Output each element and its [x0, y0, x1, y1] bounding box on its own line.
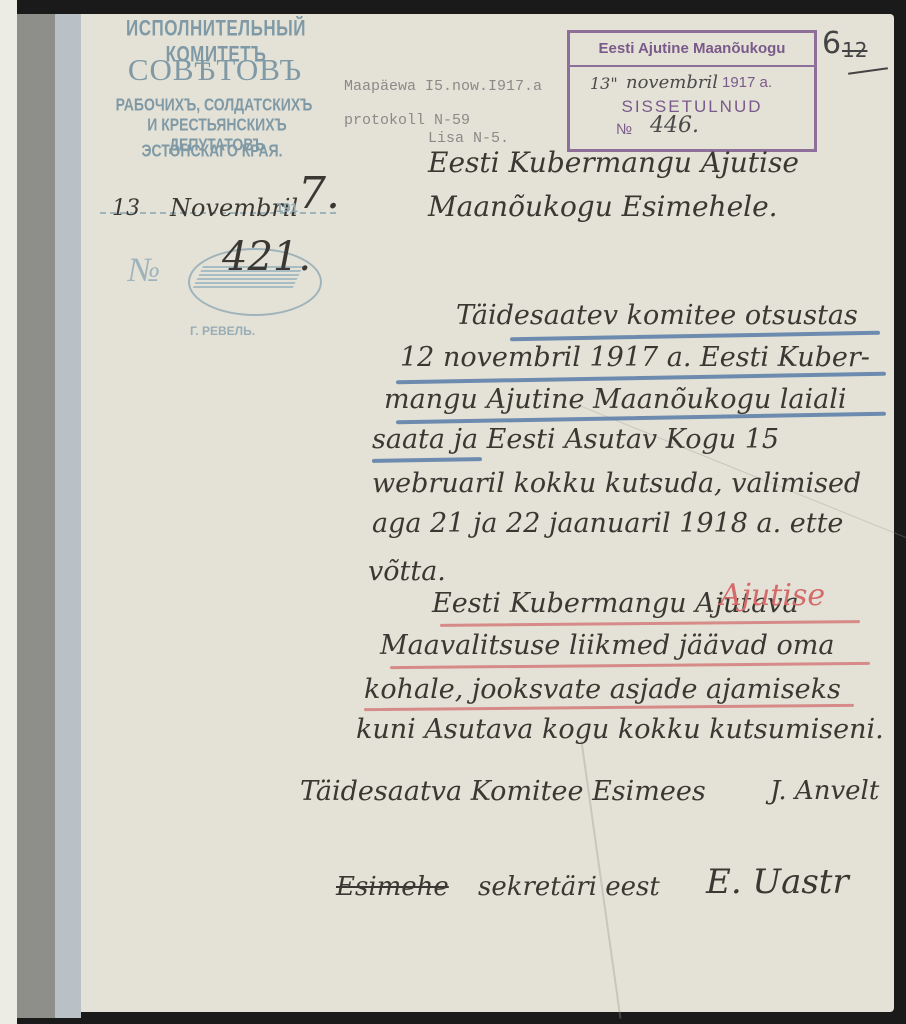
typewritten-appendix: Lisa N-5. — [428, 130, 509, 147]
signature2-name: E. Uastr — [706, 862, 849, 902]
stamp-number-label: № — [616, 121, 632, 138]
letterhead-title: СОВѢТОВЪ — [100, 52, 330, 88]
red-correction: Ajutise — [720, 578, 825, 613]
stamp-title: Eesti Ajutine Maanõukogu — [570, 33, 814, 67]
letterhead-city: Г. РЕВЕЛЬ. — [190, 324, 255, 338]
typewritten-protocol: protokoll N-59 — [344, 112, 470, 129]
signature2-title: sekretäri eest — [478, 872, 660, 902]
scan-left-margin — [0, 0, 17, 1024]
signature1-name: J. Anvelt — [770, 776, 879, 806]
paragraph1-line3: mangu Ajutine Maanõukogu laiali — [384, 384, 847, 415]
letterhead-date-year: 191 — [276, 200, 298, 215]
letterhead-number-value: 421. — [222, 234, 311, 280]
paragraph2-line4: kuni Asutava kogu kokku kutsumiseni. — [356, 714, 884, 745]
letterhead-number-prefix: № — [128, 252, 160, 290]
letterhead-date-year-handwritten: 7. — [298, 168, 340, 219]
paragraph2-line3: kohale, jooksvate asjade ajamiseks — [364, 674, 841, 705]
addressee-line2: Maanõukogu Esimehele. — [428, 190, 778, 223]
stamp-date-month: novembril — [626, 72, 718, 93]
letterhead-line5: ЭСТОНСКАГО КРАЯ. — [112, 140, 312, 160]
typewritten-session-date: Maapäewa I5.now.I917.a — [344, 78, 542, 95]
signature1-title: Täidesaatva Komitee Esimees — [300, 776, 706, 807]
folio-struck-number: 12 — [842, 38, 867, 62]
signature2-struck-word: Esimehe — [336, 872, 449, 902]
stamp-number-value: 446. — [650, 113, 699, 138]
stamp-date-day: 13" — [590, 74, 618, 93]
paragraph1-line5: webruaril kokku kutsuda, valimised — [372, 468, 861, 499]
paragraph1-line2: 12 novembril 1917 a. Eesti Kuber- — [400, 342, 870, 373]
paragraph1-line4: saata ja Eesti Asutav Kogu 15 — [372, 424, 779, 455]
binding-strip-grey — [17, 14, 55, 1018]
binding-strip-blue — [55, 14, 81, 1018]
paragraph1-line6: aga 21 ja 22 jaanuaril 1918 a. ette — [372, 508, 843, 539]
paragraph1-line7: võtta. — [368, 556, 446, 587]
folio-number: 6 — [822, 26, 841, 61]
addressee-line1: Eesti Kubermangu Ajutise — [428, 146, 799, 179]
paragraph2-line2: Maavalitsuse liikmed jäävad oma — [380, 630, 834, 661]
paragraph1-line1: Täidesaatev komitee otsustas — [456, 300, 858, 331]
letterhead-date-day: 13 — [112, 196, 140, 221]
stamp-date-year: 1917 a. — [722, 74, 772, 91]
letterhead-line3: РАБОЧИХЪ, СОЛДАТСКИХЪ — [104, 94, 324, 114]
